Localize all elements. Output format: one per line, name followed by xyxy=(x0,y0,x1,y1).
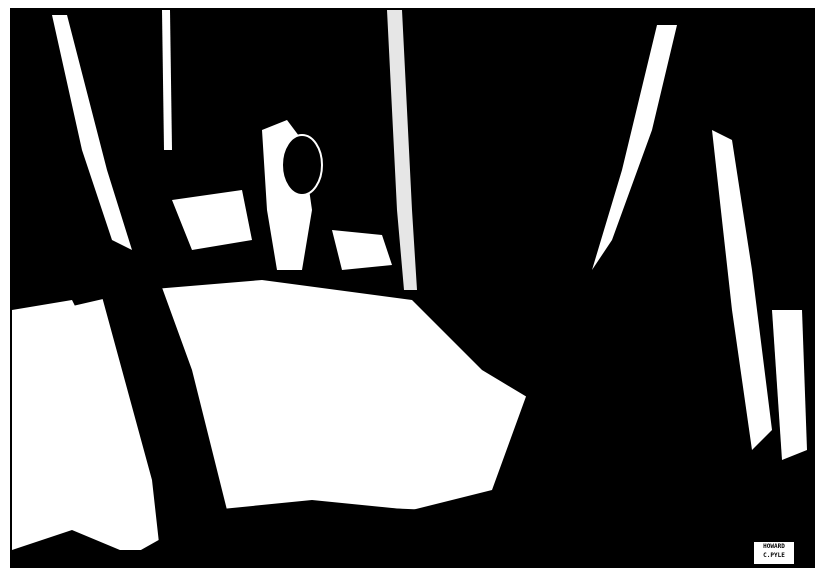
forest-scene xyxy=(12,10,815,568)
signature-line-1: HOWARD xyxy=(754,542,794,551)
illustration: HOWARD C.PYLE xyxy=(10,8,815,568)
artist-signature: HOWARD C.PYLE xyxy=(754,542,794,564)
signature-line-2: C.PYLE xyxy=(754,551,794,560)
